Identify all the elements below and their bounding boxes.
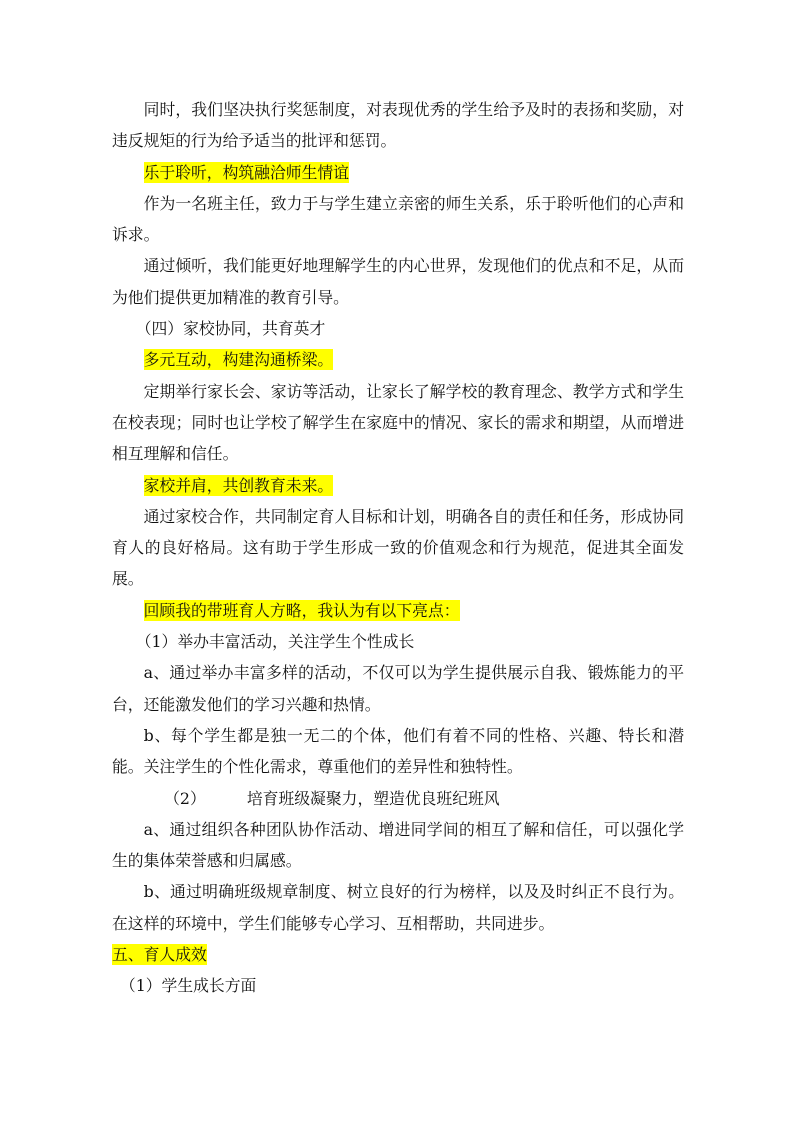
paragraph-activities-a: a、通过举办丰富多样的活动，不仅可以为学生提供展示自我、锻炼能力的平台，还能激发… — [112, 657, 684, 720]
paragraph-listening-benefits: 通过倾听，我们能更好地理解学生的内心世界，发现他们的优点和不足，从而为他们提供更… — [112, 250, 684, 313]
subheading-cohesion: （2）培育班级凝聚力，塑造优良班纪班风 — [112, 783, 684, 814]
heading-interaction: 多元互动，构建沟通桥梁。 — [112, 344, 684, 375]
paragraph-parent-meetings: 定期举行家长会、家访等活动，让家长了解学校的教育理念、教学方式和学生在校表现；同… — [112, 376, 684, 470]
subheading-activities: （1）举办丰富活动，关注学生个性成长 — [112, 626, 684, 657]
paragraph-reward-punishment: 同时，我们坚决执行奖惩制度，对表现优秀的学生给予及时的表扬和奖励，对违反规矩的行… — [112, 94, 684, 157]
paragraph-cohesion-a: a、通过组织各种团队协作活动、增进同学间的相互了解和信任，可以强化学生的集体荣誉… — [112, 814, 684, 877]
subheading-number: （2） — [164, 789, 206, 808]
highlighted-heading-text: 五、育人成效 — [112, 944, 207, 965]
subheading-student-growth: （1）学生成长方面 — [112, 970, 684, 1001]
paragraph-teacher-relationship: 作为一名班主任，致力于与学生建立亲密的师生关系，乐于聆听他们的心声和诉求。 — [112, 188, 684, 251]
paragraph-cohesion-b: b、通过明确班级规章制度、树立良好的行为榜样，以及及时纠正不良行为。在这样的环境… — [112, 876, 684, 939]
highlighted-heading-text: 乐于聆听，构筑融洽师生情谊 — [144, 162, 349, 183]
paragraph-activities-b: b、每个学生都是独一无二的个体，他们有着不同的性格、兴趣、特长和潜能。关注学生的… — [112, 720, 684, 783]
heading-listening: 乐于聆听，构筑融洽师生情谊 — [112, 157, 684, 188]
section-heading-results: 五、育人成效 — [112, 939, 684, 970]
highlighted-heading-text: 多元互动，构建沟通桥梁。 — [144, 349, 334, 370]
heading-shoulder-to-shoulder: 家校并肩，共创教育未来。 — [112, 470, 684, 501]
highlighted-heading-text: 回顾我的带班育人方略，我认为有以下亮点： — [144, 600, 460, 621]
paragraph-cooperation: 通过家校合作，共同制定育人目标和计划，明确各自的责任和任务，形成协同育人的良好格… — [112, 501, 684, 595]
highlighted-heading-text: 家校并肩，共创教育未来。 — [144, 475, 334, 496]
subheading-text: 培育班级凝聚力，塑造优良班纪班风 — [247, 789, 500, 808]
document-page: 同时，我们坚决执行奖惩制度，对表现优秀的学生给予及时的表扬和奖励，对违反规矩的行… — [112, 94, 684, 1002]
heading-highlights: 回顾我的带班育人方略，我认为有以下亮点： — [112, 595, 684, 626]
subheading-home-school: （四）家校协同，共育英才 — [112, 313, 684, 344]
